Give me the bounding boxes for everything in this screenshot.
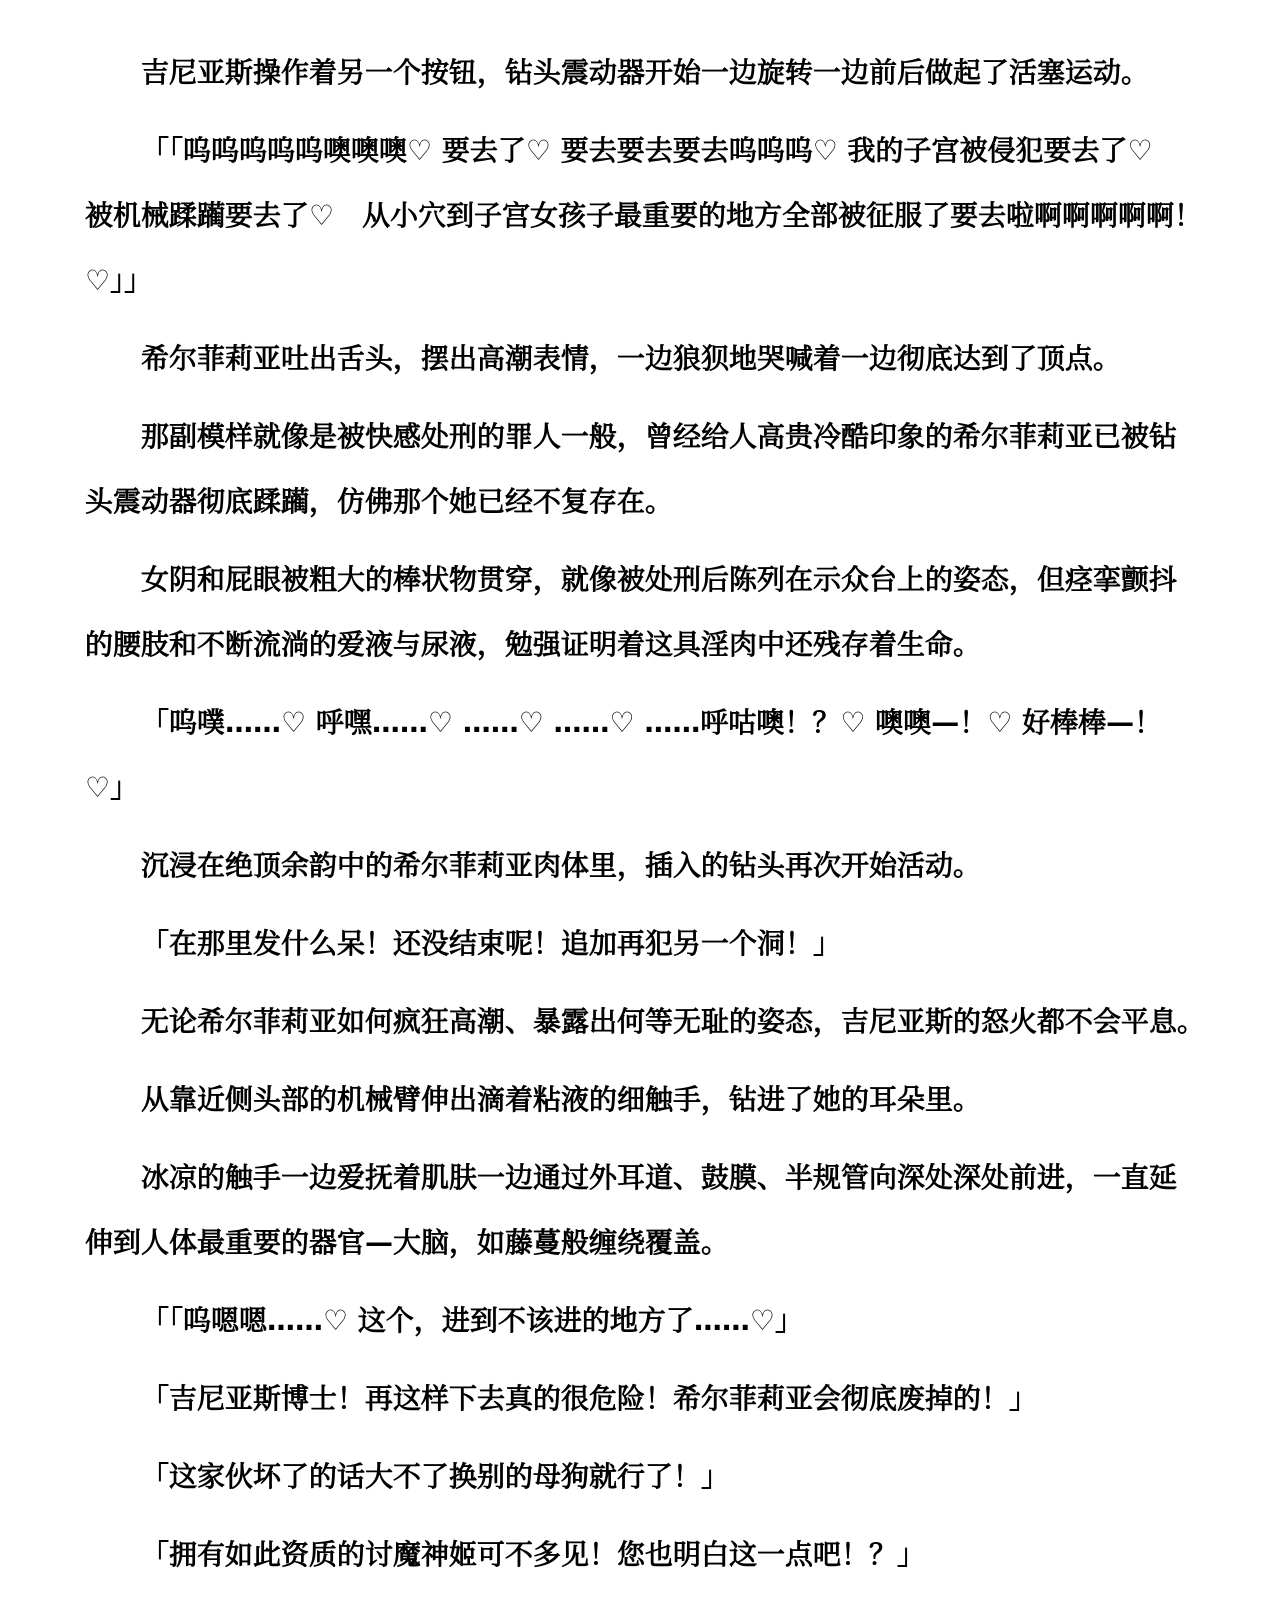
paragraph: 「「呜呜呜呜呜噢噢噢♡ 要去了♡ 要去要去要去呜呜呜♡ 我的子宫被侵犯要去了♡ …: [85, 118, 1195, 313]
paragraph-line: 「「呜嗯嗯……♡ 这个，进到不该进的地方了……♡」: [85, 1288, 1195, 1353]
paragraph-line: 的腰肢和不断流淌的爱液与尿液，勉强证明着这具淫肉中还残存着生命。: [85, 612, 1195, 677]
paragraph-line: 「呜噗……♡ 呼嘿……♡ ……♡ ……♡ ……呼咕噢！？♡ 噢噢—！♡ 好棒棒—…: [85, 690, 1195, 755]
paragraph-line: 从靠近侧头部的机械臂伸出滴着粘液的细触手，钻进了她的耳朵里。: [85, 1067, 1195, 1132]
paragraph-line: 「吉尼亚斯博士！再这样下去真的很危险！希尔菲莉亚会彻底废掉的！」: [85, 1366, 1195, 1431]
paragraph: 「「呜嗯嗯……♡ 这个，进到不该进的地方了……♡」: [85, 1288, 1195, 1353]
paragraph-line: ♡」: [85, 755, 1195, 820]
paragraph: 冰凉的触手一边爱抚着肌肤一边通过外耳道、鼓膜、半规管向深处深处前进，一直延 伸到…: [85, 1145, 1195, 1275]
paragraph: 吉尼亚斯操作着另一个按钮，钻头震动器开始一边旋转一边前后做起了活塞运动。: [85, 40, 1195, 105]
text-content: 吉尼亚斯操作着另一个按钮，钻头震动器开始一边旋转一边前后做起了活塞运动。 「「呜…: [85, 40, 1195, 1600]
paragraph: 「这家伙坏了的话大不了换别的母狗就行了！」: [85, 1444, 1195, 1509]
paragraph: 「吉尼亚斯博士！再这样下去真的很危险！希尔菲莉亚会彻底废掉的！」: [85, 1366, 1195, 1431]
paragraph-line: 「在那里发什么呆！还没结束呢！追加再犯另一个洞！」: [85, 911, 1195, 976]
document-page: 吉尼亚斯操作着另一个按钮，钻头震动器开始一边旋转一边前后做起了活塞运动。 「「呜…: [0, 0, 1280, 1624]
paragraph: 那副模样就像是被快感处刑的罪人一般，曾经给人高贵冷酷印象的希尔菲莉亚已被钻 头震…: [85, 404, 1195, 534]
paragraph-line: 伸到人体最重要的器官—大脑，如藤蔓般缠绕覆盖。: [85, 1210, 1195, 1275]
paragraph-line: 吉尼亚斯操作着另一个按钮，钻头震动器开始一边旋转一边前后做起了活塞运动。: [85, 40, 1195, 105]
paragraph-line: 沉浸在绝顶余韵中的希尔菲莉亚肉体里，插入的钻头再次开始活动。: [85, 833, 1195, 898]
paragraph-line: 头震动器彻底蹂躏，仿佛那个她已经不复存在。: [85, 469, 1195, 534]
paragraph-line: 无论希尔菲莉亚如何疯狂高潮、暴露出何等无耻的姿态，吉尼亚斯的怒火都不会平息。: [85, 989, 1195, 1054]
paragraph: 「在那里发什么呆！还没结束呢！追加再犯另一个洞！」: [85, 911, 1195, 976]
paragraph: 希尔菲莉亚吐出舌头，摆出高潮表情，一边狼狈地哭喊着一边彻底达到了顶点。: [85, 326, 1195, 391]
paragraph-line: 「「呜呜呜呜呜噢噢噢♡ 要去了♡ 要去要去要去呜呜呜♡ 我的子宫被侵犯要去了♡: [85, 118, 1195, 183]
paragraph: 「呜噗……♡ 呼嘿……♡ ……♡ ……♡ ……呼咕噢！？♡ 噢噢—！♡ 好棒棒—…: [85, 690, 1195, 820]
paragraph-line: 「这家伙坏了的话大不了换别的母狗就行了！」: [85, 1444, 1195, 1509]
paragraph-line: 冰凉的触手一边爱抚着肌肤一边通过外耳道、鼓膜、半规管向深处深处前进，一直延: [85, 1145, 1195, 1210]
paragraph-line: 被机械蹂躏要去了♡ 从小穴到子宫女孩子最重要的地方全部被征服了要去啦啊啊啊啊啊！: [85, 183, 1195, 248]
paragraph: 「拥有如此资质的讨魔神姬可不多见！您也明白这一点吧！？」: [85, 1522, 1195, 1587]
paragraph: 女阴和屁眼被粗大的棒状物贯穿，就像被处刑后陈列在示众台上的姿态，但痉挛颤抖 的腰…: [85, 547, 1195, 677]
paragraph-line: 女阴和屁眼被粗大的棒状物贯穿，就像被处刑后陈列在示众台上的姿态，但痉挛颤抖: [85, 547, 1195, 612]
paragraph-line: 那副模样就像是被快感处刑的罪人一般，曾经给人高贵冷酷印象的希尔菲莉亚已被钻: [85, 404, 1195, 469]
paragraph: 无论希尔菲莉亚如何疯狂高潮、暴露出何等无耻的姿态，吉尼亚斯的怒火都不会平息。: [85, 989, 1195, 1054]
paragraph: 从靠近侧头部的机械臂伸出滴着粘液的细触手，钻进了她的耳朵里。: [85, 1067, 1195, 1132]
paragraph-line: 「拥有如此资质的讨魔神姬可不多见！您也明白这一点吧！？」: [85, 1522, 1195, 1587]
paragraph: 沉浸在绝顶余韵中的希尔菲莉亚肉体里，插入的钻头再次开始活动。: [85, 833, 1195, 898]
paragraph-line: ♡」」: [85, 248, 1195, 313]
paragraph-line: 希尔菲莉亚吐出舌头，摆出高潮表情，一边狼狈地哭喊着一边彻底达到了顶点。: [85, 326, 1195, 391]
